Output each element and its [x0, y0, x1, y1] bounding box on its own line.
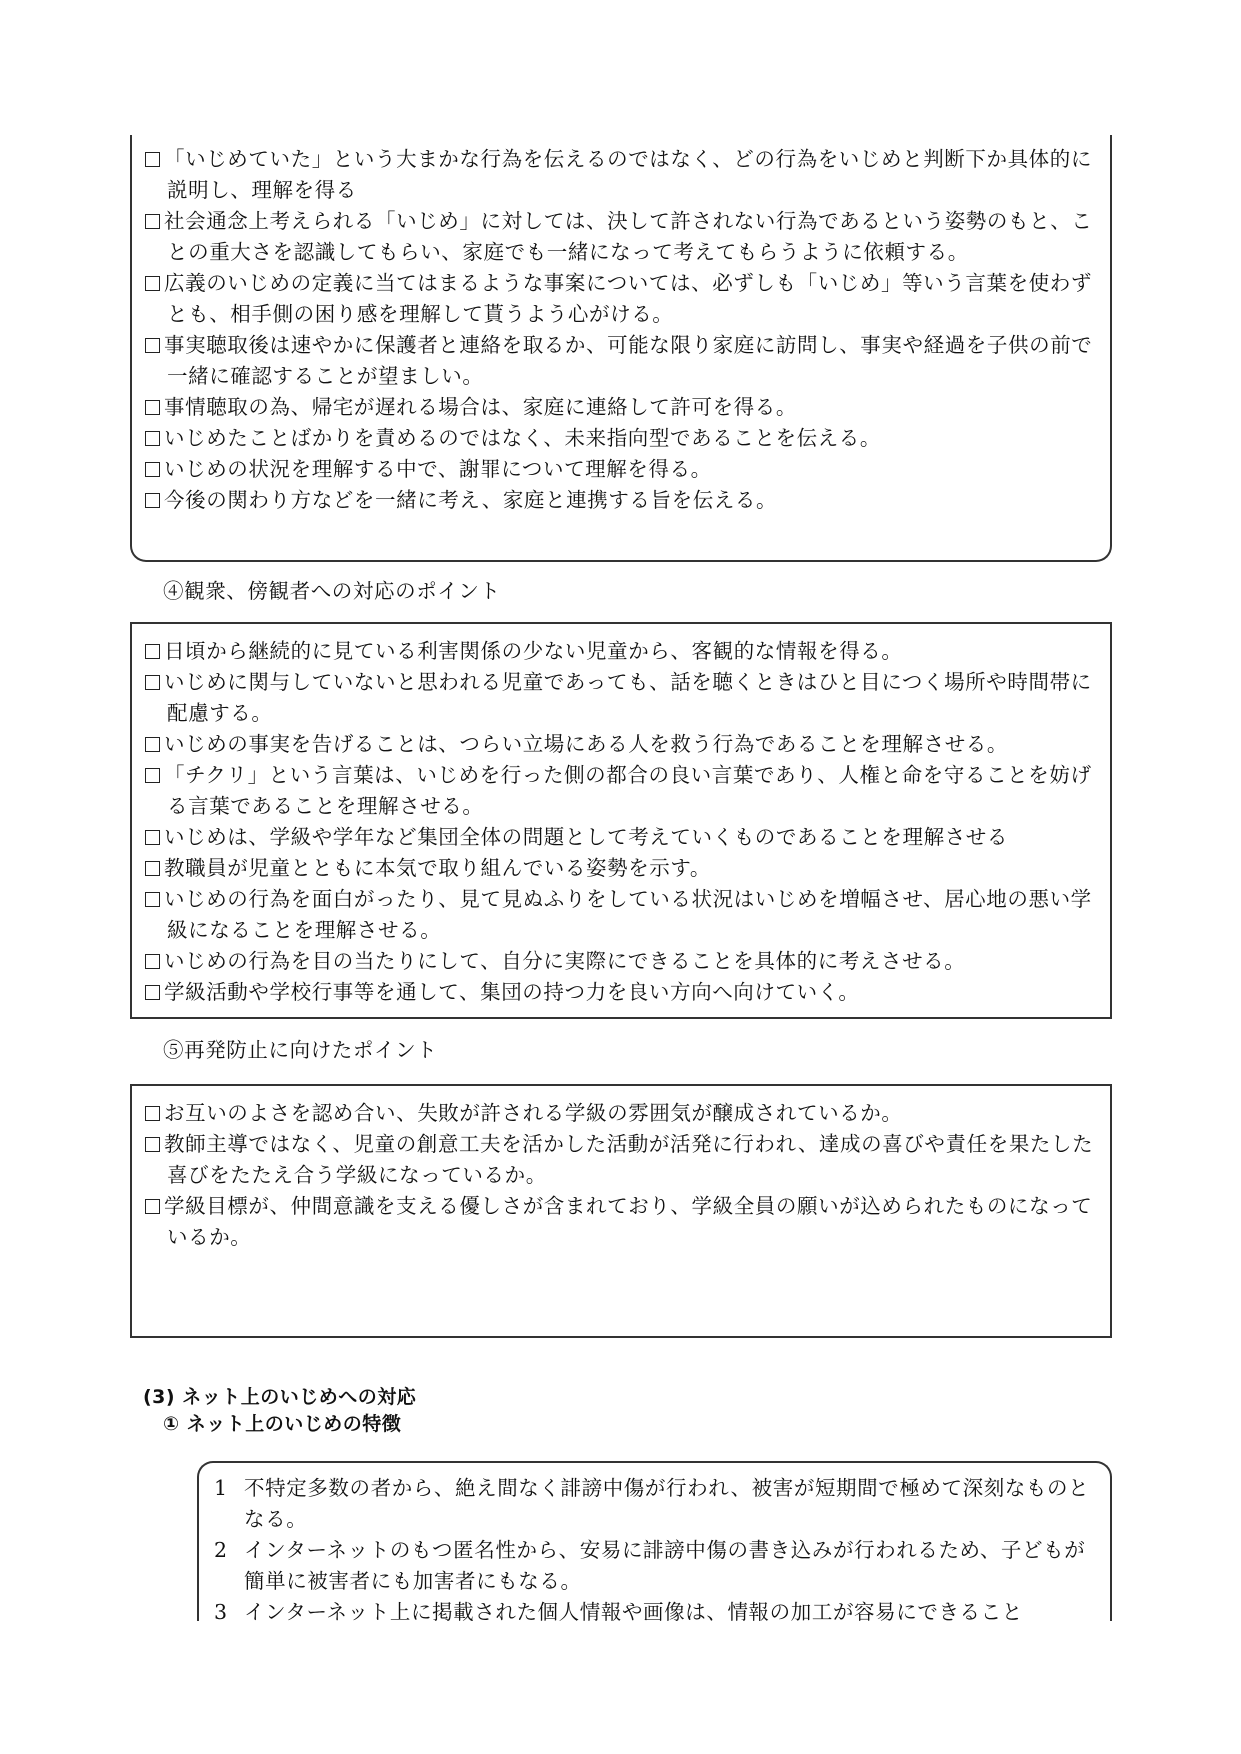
checklist-item: 学級活動や学校行事等を通して、集団の持つ力を良い方向へ向けていく。	[145, 977, 1100, 1008]
checklist-item: お互いのよさを認め合い、失敗が許される学級の雰囲気が醸成されているか。	[145, 1098, 1100, 1129]
section-3-subheading: ① ネット上のいじめの特徴	[163, 1410, 401, 1438]
checklist-item: 今後の関わり方などを一緒に考え、家庭と連携する旨を伝える。	[145, 485, 1100, 516]
checkbox-icon	[145, 276, 160, 291]
numbered-item: 3インターネット上に掲載された個人情報や画像は、情報の加工が容易にできること	[214, 1597, 1099, 1628]
checklist-item: 社会通念上考えられる「いじめ」に対しては、決して許されない行為であるという姿勢の…	[145, 206, 1100, 268]
numbered-item: 2インターネットのもつ匿名性から、安易に誹謗中傷の書き込みが行われるため、子ども…	[214, 1535, 1099, 1597]
checkbox-icon	[145, 737, 160, 752]
net-bullying-features-list: 1不特定多数の者から、絶え間なく誹謗中傷が行われ、被害が短期間で極めて深刻なもの…	[214, 1473, 1099, 1628]
checkbox-icon	[145, 214, 160, 229]
checkbox-icon	[145, 431, 160, 446]
checkbox-icon	[145, 954, 160, 969]
checkbox-icon	[145, 1199, 160, 1214]
checklist-item: 学級目標が、仲間意識を支える優しさが含まれており、学級全員の願いが込められたもの…	[145, 1191, 1100, 1253]
checkbox-icon	[145, 1106, 160, 1121]
checklist-item: いじめの行為を面白がったり、見て見ぬふりをしている状況はいじめを増幅させ、居心地…	[145, 884, 1100, 946]
recurrence-prevention-list: お互いのよさを認め合い、失敗が許される学級の雰囲気が醸成されているか。 教師主導…	[145, 1098, 1100, 1253]
section-3-heading: (3) ネット上のいじめへの対応	[143, 1383, 416, 1411]
section-4-heading: ④観衆、傍観者への対応のポイント	[163, 577, 501, 605]
checklist-item: いじめたことばかりを責めるのではなく、未来指向型であることを伝える。	[145, 423, 1100, 454]
checkbox-icon	[145, 152, 160, 167]
checklist-item: いじめに関与していないと思われる児童であっても、話を聴くときはひと目につく場所や…	[145, 667, 1100, 729]
guardian-response-list: 「いじめていた」という大まかな行為を伝えるのではなく、どの行為をいじめと判断下か…	[145, 144, 1100, 516]
checkbox-icon	[145, 768, 160, 783]
checkbox-icon	[145, 830, 160, 845]
checklist-item: いじめの行為を目の当たりにして、自分に実際にできることを具体的に考えさせる。	[145, 946, 1100, 977]
checklist-item: 事情聴取の為、帰宅が遅れる場合は、家庭に連絡して許可を得る。	[145, 392, 1100, 423]
checkbox-icon	[145, 400, 160, 415]
checklist-item: 「いじめていた」という大まかな行為を伝えるのではなく、どの行為をいじめと判断下か…	[145, 144, 1100, 206]
section-5-heading: ⑤再発防止に向けたポイント	[163, 1036, 437, 1064]
bystander-response-list: 日頃から継続的に見ている利害関係の少ない児童から、客観的な情報を得る。 いじめに…	[145, 636, 1100, 1008]
checkbox-icon	[145, 644, 160, 659]
checklist-item: 教職員が児童とともに本気で取り組んでいる姿勢を示す。	[145, 853, 1100, 884]
checklist-item: いじめの状況を理解する中で、謝罪について理解を得る。	[145, 454, 1100, 485]
checklist-item: 「チクリ」という言葉は、いじめを行った側の都合の良い言葉であり、人権と命を守るこ…	[145, 760, 1100, 822]
checkbox-icon	[145, 985, 160, 1000]
checkbox-icon	[145, 861, 160, 876]
checkbox-icon	[145, 493, 160, 508]
numbered-item: 1不特定多数の者から、絶え間なく誹謗中傷が行われ、被害が短期間で極めて深刻なもの…	[214, 1473, 1099, 1535]
checklist-item: 事実聴取後は速やかに保護者と連絡を取るか、可能な限り家庭に訪問し、事実や経過を子…	[145, 330, 1100, 392]
checklist-item: 日頃から継続的に見ている利害関係の少ない児童から、客観的な情報を得る。	[145, 636, 1100, 667]
checklist-item: いじめは、学級や学年など集団全体の問題として考えていくものであることを理解させる	[145, 822, 1100, 853]
checklist-item: 教師主導ではなく、児童の創意工夫を活かした活動が活発に行われ、達成の喜びや責任を…	[145, 1129, 1100, 1191]
checkbox-icon	[145, 338, 160, 353]
checkbox-icon	[145, 892, 160, 907]
checklist-item: いじめの事実を告げることは、つらい立場にある人を救う行為であることを理解させる。	[145, 729, 1100, 760]
checklist-item: 広義のいじめの定義に当てはまるような事案については、必ずしも「いじめ」等いう言葉…	[145, 268, 1100, 330]
checkbox-icon	[145, 462, 160, 477]
checkbox-icon	[145, 1137, 160, 1152]
checkbox-icon	[145, 675, 160, 690]
